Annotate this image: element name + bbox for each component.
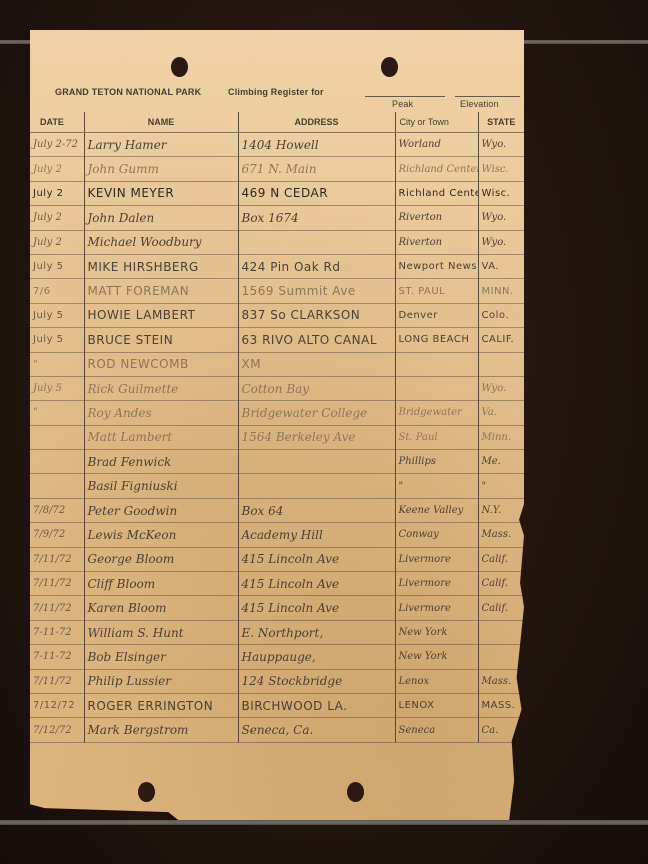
cell-name: John Dalen — [84, 206, 238, 230]
cell-city: New York — [395, 645, 478, 669]
display-rail-bottom — [0, 820, 648, 825]
cell-city: Riverton — [395, 206, 478, 230]
cell-city: Livermore — [395, 596, 478, 620]
cell-address: E. Northport, — [238, 620, 395, 644]
cell-address: 469 N CEDAR — [238, 181, 395, 205]
cell-state: N.Y. — [478, 498, 524, 522]
table-row: Brad FenwickPhillipsMe. — [30, 450, 524, 474]
cell-state — [478, 620, 524, 644]
cell-name: Michael Woodbury — [84, 230, 238, 254]
cell-city: St. Paul — [395, 425, 478, 449]
cell-address: Bridgewater College — [238, 401, 395, 425]
cell-address: Cotton Bay — [238, 376, 395, 400]
cell-state: Wyo. — [478, 133, 524, 157]
table-row: 7/12/72Mark BergstromSeneca, Ca.SenecaCa… — [30, 718, 524, 742]
table-row: 7/11/72Philip Lussier124 StockbridgeLeno… — [30, 669, 524, 693]
column-header-address: ADDRESS — [238, 112, 395, 133]
punch-hole — [347, 782, 364, 802]
elevation-label: Elevation — [460, 99, 499, 109]
table-row: July 2John DalenBox 1674RivertonWyo. — [30, 206, 524, 230]
cell-name: Basil Figniuski — [84, 474, 238, 498]
cell-date: 7/12/72 — [30, 718, 84, 742]
table-row: July 2Michael WoodburyRivertonWyo. — [30, 230, 524, 254]
punch-hole — [138, 782, 155, 802]
cell-address: 671 N. Main — [238, 157, 395, 181]
cell-date: July 5 — [30, 328, 84, 352]
cell-date: 7/11/72 — [30, 596, 84, 620]
climbing-register-sheet: GRAND TETON NATIONAL PARK Climbing Regis… — [30, 30, 524, 820]
cell-name: Mark Bergstrom — [84, 718, 238, 742]
cell-address: 1564 Berkeley Ave — [238, 425, 395, 449]
table-row: Matt Lambert1564 Berkeley AveSt. PaulMin… — [30, 425, 524, 449]
cell-state: Colo. — [478, 303, 524, 327]
cell-city: ST. PAUL — [395, 279, 478, 303]
cell-name: KEVIN MEYER — [84, 181, 238, 205]
cell-name: Matt Lambert — [84, 425, 238, 449]
table-row: 7/6MATT FOREMAN1569 Summit AveST. PAULMI… — [30, 279, 524, 303]
table-row: July 2John Gumm671 N. MainRichland Cente… — [30, 157, 524, 181]
register-table: DATE NAME ADDRESS City or Town STATE Jul… — [30, 112, 524, 743]
cell-state: Me. — [478, 450, 524, 474]
cell-address — [238, 230, 395, 254]
cell-city: Worland — [395, 133, 478, 157]
cell-state: MASS. — [478, 693, 524, 717]
cell-city: LONG BEACH — [395, 328, 478, 352]
cell-date: July 2 — [30, 230, 84, 254]
cell-address — [238, 474, 395, 498]
cell-date: 7/9/72 — [30, 523, 84, 547]
table-row: 7/11/72Cliff Bloom415 Lincoln AveLivermo… — [30, 572, 524, 596]
cell-city: Bridgewater — [395, 401, 478, 425]
cell-city: Keene Valley — [395, 498, 478, 522]
table-row: 7-11-72William S. HuntE. Northport,New Y… — [30, 620, 524, 644]
cell-date: July 5 — [30, 303, 84, 327]
cell-date: July 2 — [30, 181, 84, 205]
cell-city — [395, 376, 478, 400]
cell-state: Wyo. — [478, 206, 524, 230]
cell-city: Conway — [395, 523, 478, 547]
park-name: GRAND TETON NATIONAL PARK — [55, 87, 201, 97]
table-row: "Roy AndesBridgewater CollegeBridgewater… — [30, 401, 524, 425]
punch-hole — [171, 57, 188, 77]
cell-name: George Bloom — [84, 547, 238, 571]
cell-state: Mass. — [478, 523, 524, 547]
elevation-blank — [455, 96, 520, 97]
cell-name: John Gumm — [84, 157, 238, 181]
cell-name: MATT FOREMAN — [84, 279, 238, 303]
cell-state: Va. — [478, 401, 524, 425]
cell-name: HOWIE LAMBERT — [84, 303, 238, 327]
cell-city: Seneca — [395, 718, 478, 742]
table-row: 7/11/72George Bloom415 Lincoln AveLiverm… — [30, 547, 524, 571]
cell-state: Mass. — [478, 669, 524, 693]
cell-date — [30, 474, 84, 498]
table-row: 7/8/72Peter GoodwinBox 64Keene ValleyN.Y… — [30, 498, 524, 522]
cell-name: Roy Andes — [84, 401, 238, 425]
cell-state — [478, 645, 524, 669]
cell-date: July 2 — [30, 206, 84, 230]
table-row: July 5HOWIE LAMBERT837 So CLARKSONDenver… — [30, 303, 524, 327]
cell-date — [30, 450, 84, 474]
peak-label: Peak — [392, 99, 413, 109]
cell-date: July 5 — [30, 254, 84, 278]
cell-city: Newport News — [395, 254, 478, 278]
cell-city: Phillips — [395, 450, 478, 474]
cell-city: Livermore — [395, 572, 478, 596]
cell-city: Riverton — [395, 230, 478, 254]
cell-state: Ca. — [478, 718, 524, 742]
cell-name: Philip Lussier — [84, 669, 238, 693]
table-row: July 5MIKE HIRSHBERG424 Pin Oak RdNewpor… — [30, 254, 524, 278]
cell-state: Calif. — [478, 596, 524, 620]
cell-city: LENOX — [395, 693, 478, 717]
cell-address: 415 Lincoln Ave — [238, 596, 395, 620]
table-row: July 5Rick GuilmetteCotton BayWyo. — [30, 376, 524, 400]
cell-address: 124 Stockbridge — [238, 669, 395, 693]
table-row: July 2KEVIN MEYER469 N CEDARRichland Cen… — [30, 181, 524, 205]
table-row: "ROD NEWCOMBXM — [30, 352, 524, 376]
column-header-name: NAME — [84, 112, 238, 133]
cell-date: 7/11/72 — [30, 669, 84, 693]
cell-address: 1569 Summit Ave — [238, 279, 395, 303]
cell-address: 837 So CLARKSON — [238, 303, 395, 327]
cell-name: ROGER ERRINGTON — [84, 693, 238, 717]
cell-address: 415 Lincoln Ave — [238, 572, 395, 596]
table-row: July 5BRUCE STEIN63 RIVO ALTO CANALLONG … — [30, 328, 524, 352]
cell-state: " — [478, 474, 524, 498]
cell-address: Box 1674 — [238, 206, 395, 230]
cell-address: Seneca, Ca. — [238, 718, 395, 742]
cell-date: 7/6 — [30, 279, 84, 303]
cell-name: Lewis McKeon — [84, 523, 238, 547]
form-header: GRAND TETON NATIONAL PARK Climbing Regis… — [30, 82, 524, 112]
cell-city — [395, 352, 478, 376]
cell-address: Hauppauge, — [238, 645, 395, 669]
cell-city: New York — [395, 620, 478, 644]
cell-state: Calif. — [478, 572, 524, 596]
cell-name: Rick Guilmette — [84, 376, 238, 400]
column-header-state: STATE — [478, 112, 524, 133]
cell-city: Richland Center — [395, 157, 478, 181]
cell-address: 415 Lincoln Ave — [238, 547, 395, 571]
cell-date: 7-11-72 — [30, 645, 84, 669]
cell-name: Cliff Bloom — [84, 572, 238, 596]
cell-date: 7/11/72 — [30, 572, 84, 596]
cell-date: July 2-72 — [30, 133, 84, 157]
cell-city: Lenox — [395, 669, 478, 693]
cell-state: Wisc. — [478, 157, 524, 181]
cell-state: Wisc. — [478, 181, 524, 205]
cell-date: 7/11/72 — [30, 547, 84, 571]
cell-date: 7/8/72 — [30, 498, 84, 522]
cell-name: Brad Fenwick — [84, 450, 238, 474]
table-row: 7-11-72Bob ElsingerHauppauge,New York — [30, 645, 524, 669]
cell-city: Richland Center — [395, 181, 478, 205]
cell-name: MIKE HIRSHBERG — [84, 254, 238, 278]
cell-address: 1404 Howell — [238, 133, 395, 157]
cell-city: Livermore — [395, 547, 478, 571]
cell-city: " — [395, 474, 478, 498]
cell-name: BRUCE STEIN — [84, 328, 238, 352]
cell-address: 424 Pin Oak Rd — [238, 254, 395, 278]
cell-address: 63 RIVO ALTO CANAL — [238, 328, 395, 352]
cell-state: Minn. — [478, 425, 524, 449]
cell-date: 7/12/72 — [30, 693, 84, 717]
cell-city: Denver — [395, 303, 478, 327]
cell-state: Wyo. — [478, 376, 524, 400]
punch-hole — [381, 57, 398, 77]
table-row: 7/11/72Karen Bloom415 Lincoln AveLivermo… — [30, 596, 524, 620]
cell-state: MINN. — [478, 279, 524, 303]
cell-state: CALIF. — [478, 328, 524, 352]
register-title: Climbing Register for — [228, 87, 324, 97]
cell-date: " — [30, 352, 84, 376]
peak-blank — [365, 96, 445, 97]
column-header-date: DATE — [30, 112, 84, 133]
table-row: 7/12/72ROGER ERRINGTONBIRCHWOOD LA.LENOX… — [30, 693, 524, 717]
cell-name: Karen Bloom — [84, 596, 238, 620]
cell-address: BIRCHWOOD LA. — [238, 693, 395, 717]
table-row: Basil Figniuski"" — [30, 474, 524, 498]
cell-date — [30, 425, 84, 449]
cell-name: William S. Hunt — [84, 620, 238, 644]
table-row: 7/9/72Lewis McKeonAcademy HillConwayMass… — [30, 523, 524, 547]
cell-address: XM — [238, 352, 395, 376]
cell-state: VA. — [478, 254, 524, 278]
cell-date: " — [30, 401, 84, 425]
column-headers: DATE NAME ADDRESS City or Town STATE — [30, 112, 524, 133]
cell-date: 7-11-72 — [30, 620, 84, 644]
cell-name: ROD NEWCOMB — [84, 352, 238, 376]
cell-date: July 5 — [30, 376, 84, 400]
cell-name: Peter Goodwin — [84, 498, 238, 522]
cell-date: July 2 — [30, 157, 84, 181]
cell-state — [478, 352, 524, 376]
cell-address — [238, 450, 395, 474]
cell-address: Academy Hill — [238, 523, 395, 547]
cell-address: Box 64 — [238, 498, 395, 522]
table-row: July 2-72Larry Hamer1404 HowellWorlandWy… — [30, 133, 524, 157]
column-header-city: City or Town — [395, 112, 478, 133]
cell-state: Wyo. — [478, 230, 524, 254]
cell-state: Calif. — [478, 547, 524, 571]
cell-name: Bob Elsinger — [84, 645, 238, 669]
cell-name: Larry Hamer — [84, 133, 238, 157]
